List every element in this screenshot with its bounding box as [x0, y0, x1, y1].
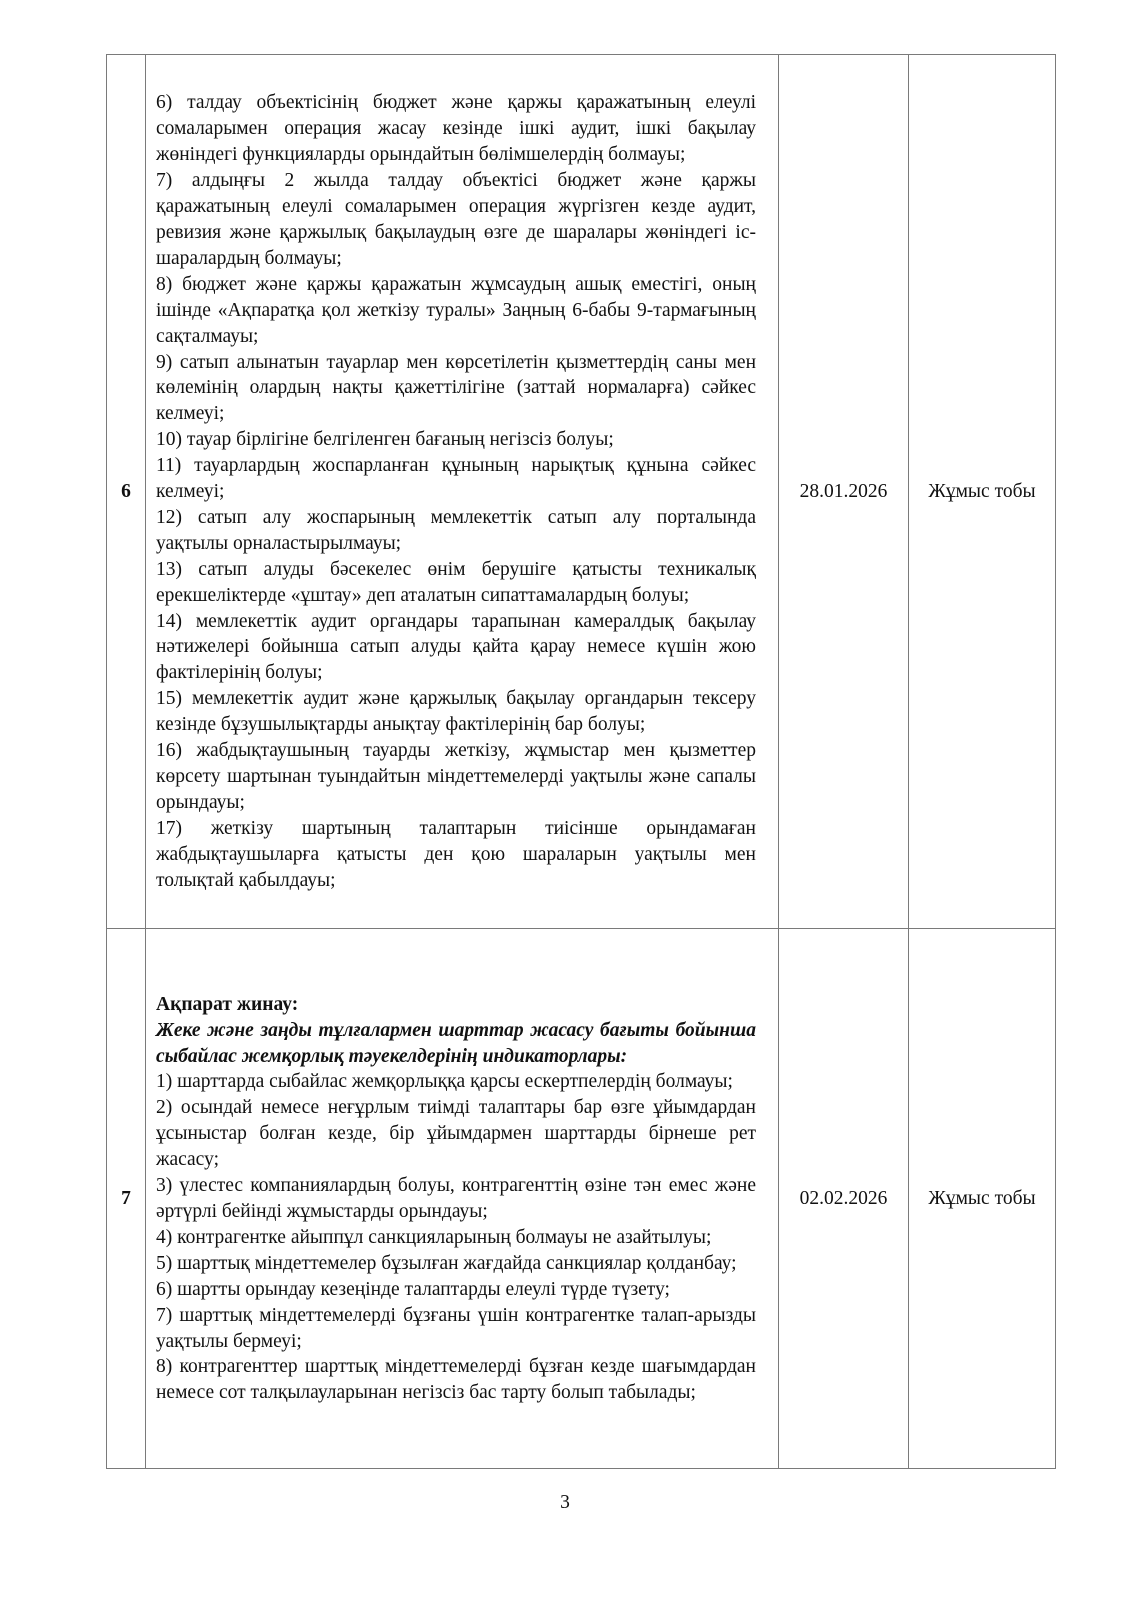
- measures-table: 6 6) талдау объектісінің бюджет және қар…: [106, 54, 1056, 1469]
- list-item: 6) шартты орындау кезеңінде талаптарды е…: [156, 1277, 756, 1303]
- table-row: 6 6) талдау объектісінің бюджет және қар…: [107, 55, 1056, 929]
- list-item: 3) үлестес компаниялардың болуы, контраг…: [156, 1173, 756, 1225]
- section-heading: Ақпарат жинау:: [156, 992, 756, 1018]
- list-item: 15) мемлекеттік аудит және қаржылық бақы…: [156, 686, 756, 738]
- list-item: 6) талдау объектісінің бюджет және қаржы…: [156, 90, 756, 168]
- list-item: 14) мемлекеттік аудит органдары тарапына…: [156, 609, 756, 687]
- list-item: 9) сатып алынатын тауарлар мен көрсетіле…: [156, 350, 756, 428]
- list-item: 16) жабдықтаушының тауарды жеткізу, жұмы…: [156, 738, 756, 816]
- list-item: 5) шарттық міндеттемелер бұзылған жағдай…: [156, 1251, 756, 1277]
- list-item: 7) шарттық міндеттемелерді бұзғаны үшін …: [156, 1303, 756, 1355]
- table-row: 7 Ақпарат жинау: Жеке және заңды тұлғала…: [107, 929, 1056, 1469]
- list-item: 7) алдыңғы 2 жылда талдау объектісі бюдж…: [156, 168, 756, 272]
- measure-description: Ақпарат жинау: Жеке және заңды тұлғаларм…: [146, 929, 779, 1469]
- measure-description: 6) талдау объектісінің бюджет және қаржы…: [146, 55, 779, 929]
- deadline-date: 28.01.2026: [779, 55, 909, 929]
- list-item: 8) бюджет және қаржы қаражатын жұмсаудың…: [156, 272, 756, 350]
- list-item: 17) жеткізу шартының талаптарын тиісінше…: [156, 816, 756, 894]
- list-item: 11) тауарлардың жоспарланған құнының нар…: [156, 453, 756, 505]
- list-item: 2) осындай немесе неғұрлым тиімді талапт…: [156, 1095, 756, 1173]
- section-subheading: Жеке және заңды тұлғалармен шарттар жаса…: [156, 1018, 756, 1070]
- page-number: 3: [0, 1492, 1130, 1514]
- list-item: 12) сатып алу жоспарының мемлекеттік сат…: [156, 505, 756, 557]
- list-item: 1) шарттарда сыбайлас жемқорлыққа қарсы …: [156, 1069, 756, 1095]
- row-number: 7: [107, 929, 146, 1469]
- list-item: 4) контрагентке айыппұл санкцияларының б…: [156, 1225, 756, 1251]
- row-number: 6: [107, 55, 146, 929]
- list-item: 8) контрагенттер шарттық міндеттемелерді…: [156, 1354, 756, 1406]
- responsible-party: Жұмыс тобы: [909, 929, 1056, 1469]
- list-item: 13) сатып алуды бәсекелес өнім берушіге …: [156, 557, 756, 609]
- deadline-date: 02.02.2026: [779, 929, 909, 1469]
- list-item: 10) тауар бірлігіне белгіленген бағаның …: [156, 427, 756, 453]
- responsible-party: Жұмыс тобы: [909, 55, 1056, 929]
